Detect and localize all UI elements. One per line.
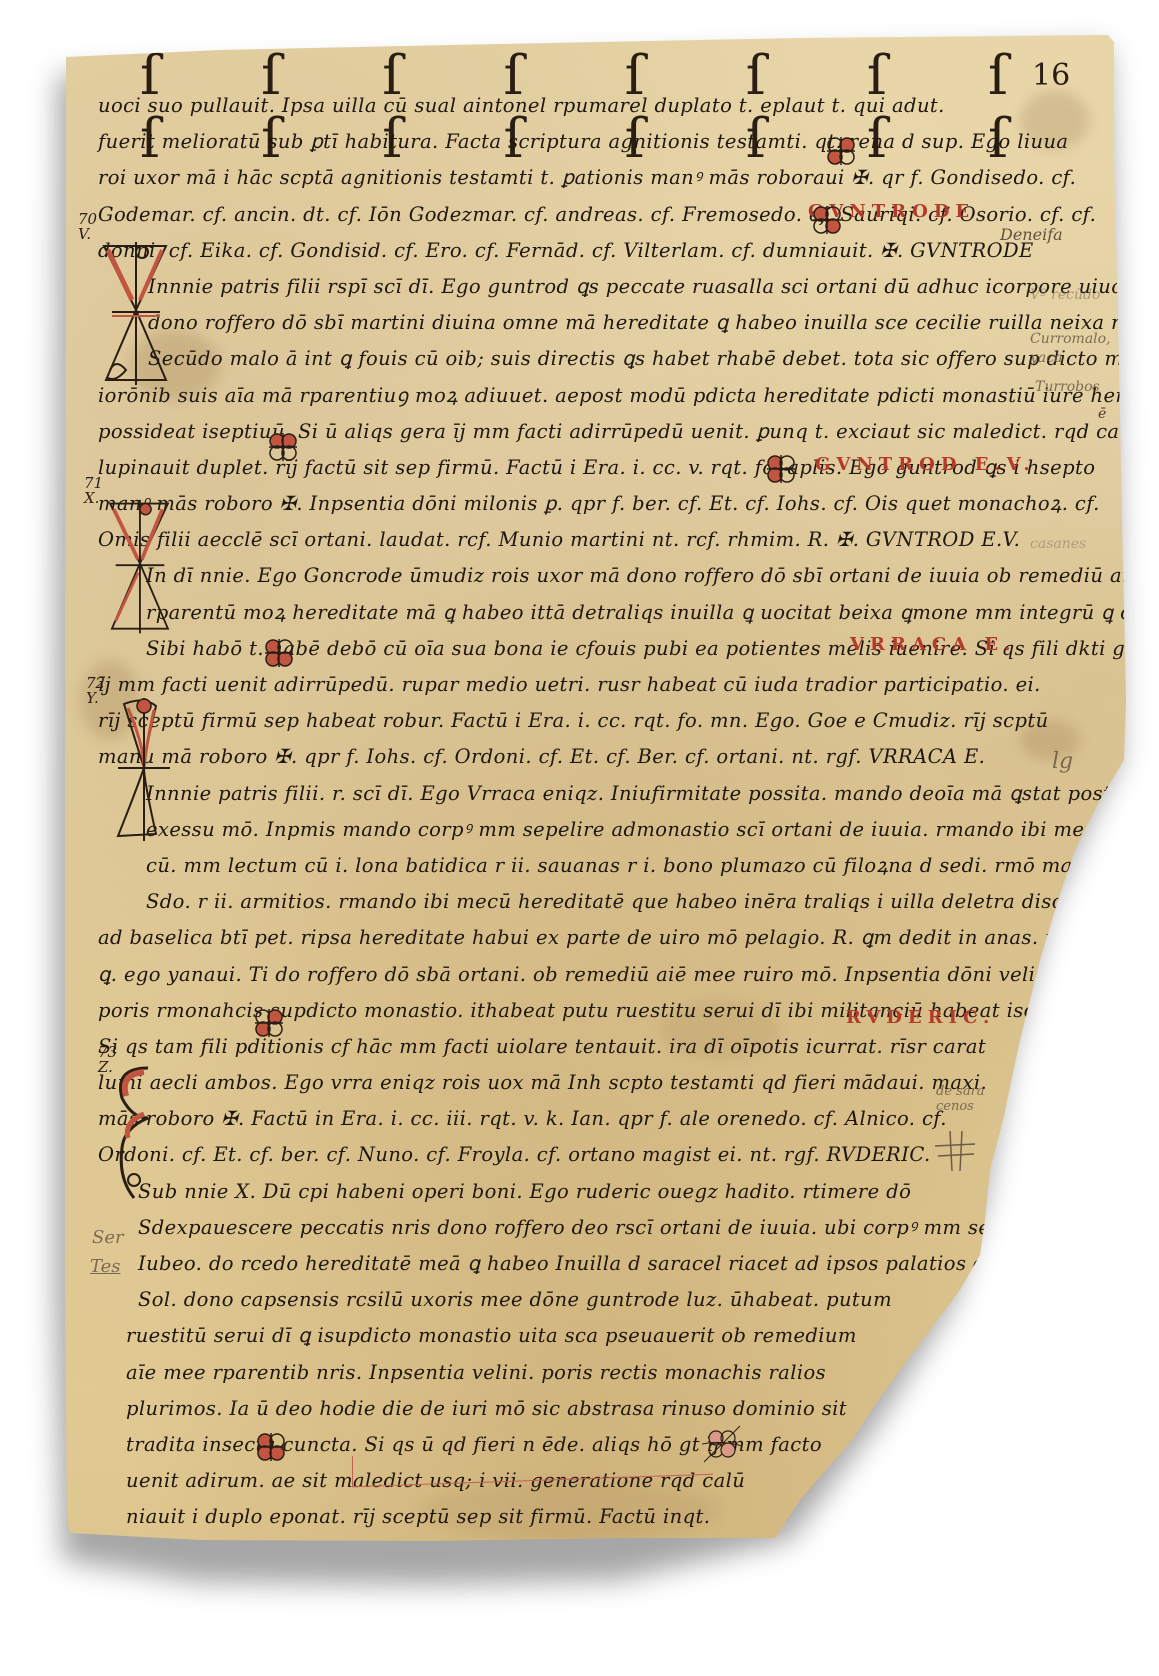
text-line: rparentū moꝝ hereditate mā ꝗ habeo ittā … <box>98 595 988 631</box>
margin-note: Turrobos <box>1035 378 1100 397</box>
margin-cross-mark-icon <box>930 1126 980 1176</box>
margin-note: de sara cenos <box>936 1084 986 1114</box>
signum-cross-icon <box>266 430 300 464</box>
rubric-urraca: VRRACA E. <box>850 634 1016 655</box>
text-line: Sdexpauescere peccatis nris dono roffero… <box>98 1210 988 1246</box>
text-line: Secūdo malo ā int ꝗ fouis cū oib; suis d… <box>98 341 988 377</box>
entry-number-70: 70 V. <box>78 212 97 242</box>
text-line: iorōnib suis aīa mā rparentiuꝯ moꝝ adiuu… <box>98 378 988 414</box>
text-line: Omis filii aecclē scī ortani. laudat. rc… <box>98 522 988 558</box>
text-line: cū. mm lectum cū i. lona batidica r ii. … <box>98 848 988 884</box>
decorated-initial-s-icon <box>104 1058 164 1208</box>
text-line: Iubeo. do rcedo hereditatē meā ꝗ habeo I… <box>98 1246 988 1282</box>
text-line: Ordoni. cf. Et. cf. ber. cf. Nuno. cf. F… <box>98 1137 988 1173</box>
text-line: ad baselica btī pet. ripsa hereditate ha… <box>98 920 988 956</box>
manuscript-text: uoci suo pullauit. Ipsa uilla cū sual ai… <box>98 88 988 1644</box>
signum-cross-icon <box>764 452 798 486</box>
signum-cross-icon <box>824 134 858 168</box>
margin-note: Curromalo, yaca <box>1030 330 1110 368</box>
margin-note: Ser <box>92 1228 124 1247</box>
text-line: possideat iseptiuū. Si ū aliqs gera īj m… <box>98 414 988 450</box>
text-line: uoci suo pullauit. Ipsa uilla cū sual ai… <box>98 88 988 124</box>
signum-cross-icon <box>810 203 844 237</box>
text-line: manu mā roboro ✠. qpr f. Iohs. cf. Ordon… <box>98 739 988 775</box>
text-line: manꝰ mās roboro ✠. Inpsentia dōni miloni… <box>98 486 988 522</box>
text-line: ꝗ. ego yanaui. Ti do roffero dō sbā orta… <box>98 957 988 993</box>
margin-note: lg <box>1052 752 1073 771</box>
margin-note: Tes <box>90 1257 121 1276</box>
text-line: donni. cf. Eika. cf. Gondisid. cf. Ero. … <box>98 233 988 269</box>
text-line: In dī nnie. Ego Goncrode ūmudiz rois uxo… <box>98 558 988 594</box>
margin-note: casanes <box>1030 535 1086 554</box>
margin-note: ē <box>1098 405 1106 424</box>
text-line: Innnie patris filii rspī scī dī. Ego gun… <box>98 269 988 305</box>
rubric-guntrod-ev: GVNTROD E.V. <box>815 454 1036 475</box>
margin-note: Deneifa <box>1000 225 1063 244</box>
signum-cross-icon <box>252 1006 286 1040</box>
text-line: ruestitū serui dī ꝗ isupdicto monastio u… <box>98 1318 988 1354</box>
rubric-ruderic: RVDERIC. <box>846 1007 995 1028</box>
manuscript-viewer: ſ ſ ſ ſ ſ ſ ſ ſ ſ ſ ſ ſ ſ ſ ſ ſ 16 uoci … <box>0 0 1159 1676</box>
text-line: Sdo. r ii. armitios. rmando ibi mecū her… <box>98 884 988 920</box>
text-line: Innnie patris filii. r. scī dī. Ego Vrra… <box>98 776 988 812</box>
text-line: Sol. dono capsensis rcsilū uxoris mee dō… <box>98 1282 988 1318</box>
folio-number: 16 <box>1032 58 1070 93</box>
chrismon-initial-icon <box>96 240 174 390</box>
text-line: dono roffero dō sbī martini diuina omne … <box>98 305 988 341</box>
text-line: aīe mee rparentib nris. Inpsentia velini… <box>98 1355 988 1391</box>
margin-note: Vº recūdo <box>1030 286 1100 305</box>
text-line: exessu mō. Inpmis mando corpꝰ mm sepelir… <box>98 812 988 848</box>
text-line: Si qs tam fili pditionis cf hāc mm facti… <box>98 1029 988 1065</box>
signum-cross-icon <box>262 636 296 670</box>
text-line: plurimos. Ia ū deo hodie die de iuri mō … <box>98 1391 988 1427</box>
chrismon-initial-icon <box>104 696 182 846</box>
chrismon-initial-icon <box>100 498 178 638</box>
text-line: mās roboro ✠. Factū in Era. i. cc. iii. … <box>98 1101 988 1137</box>
signum-cross-icon <box>254 1430 288 1464</box>
text-line: lumi aecli ambos. Ego vrra eniqz rois uo… <box>98 1065 988 1101</box>
text-line: īj mm facti uenit adirrūpedū. rupar medi… <box>98 667 988 703</box>
text-line: rīj sceptū firmū sep habeat robur. Factū… <box>98 703 988 739</box>
entry-number-72: 72 Y. <box>86 676 105 706</box>
text-line: Sub nnie X. Dū cpi habeni operi boni. Eg… <box>98 1174 988 1210</box>
